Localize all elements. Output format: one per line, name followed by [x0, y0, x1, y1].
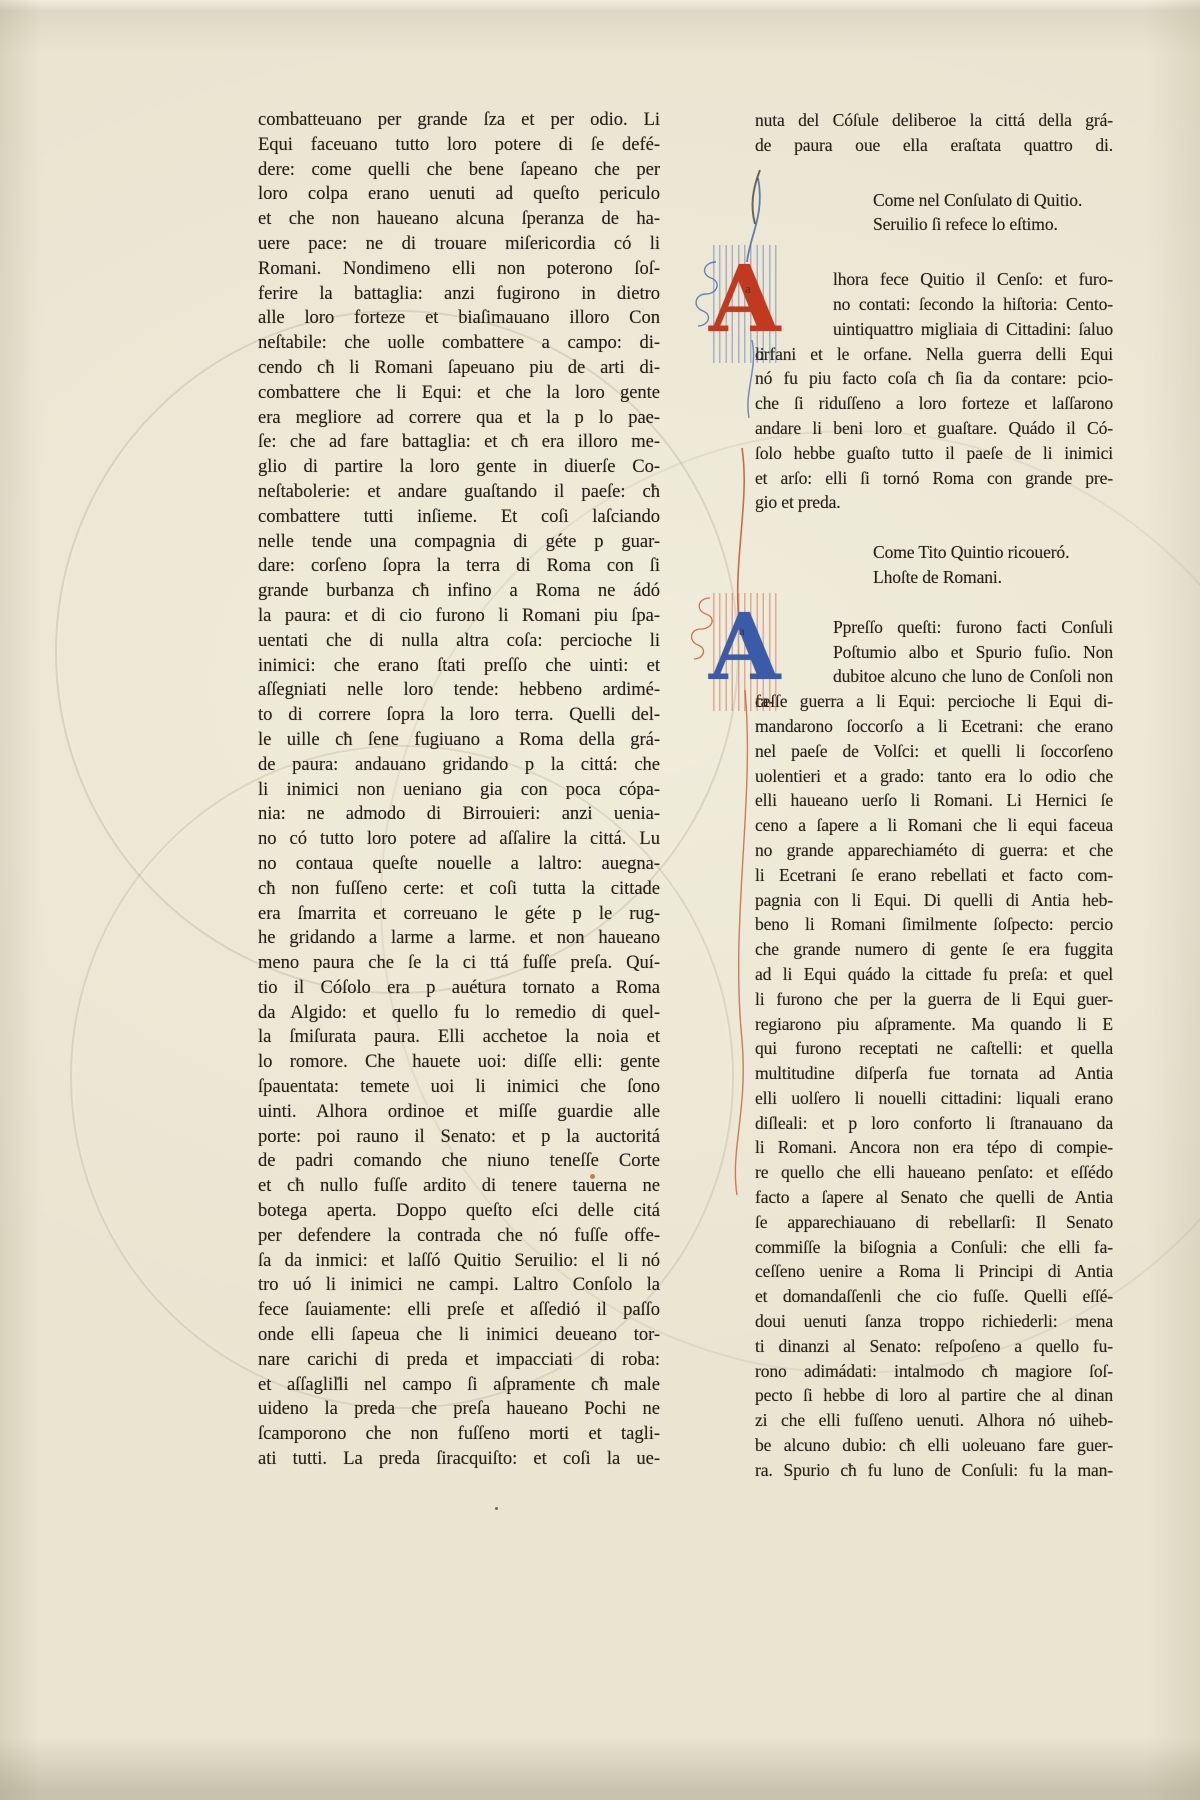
text-line: de paura: andauano gridando p la cittá: …	[258, 753, 660, 778]
text-line: ſa da inmici: et laſſó Quitio Seruilio: …	[258, 1249, 660, 1274]
text-line: pagnia con li Equi. Di quelli di Antia h…	[755, 888, 1113, 913]
text-line: no contaua queſte nouelle a laltro: aueg…	[258, 852, 660, 877]
text-line: et cħ nullo fuſſe ardito di tenere tauer…	[258, 1174, 660, 1199]
text-line: combatteuano per grande ſza et per odio.…	[258, 108, 660, 133]
text-line: meno paura che ſe la ci ttá fuſſe preſa.…	[258, 951, 660, 976]
text-line: gio et preda.	[755, 490, 1113, 515]
initial-spacer	[755, 267, 833, 317]
text-line: lo romore. Che hauete uoi: diſſe elli: g…	[258, 1050, 660, 1075]
text-line: re quello che elli haueano penſato: et e…	[755, 1160, 1113, 1185]
text-line: che grande numero di gente ſe era fuggit…	[755, 937, 1113, 962]
text-line: doui uenuti ſanza troppo richiederli: me…	[755, 1309, 1113, 1334]
heading-line: Seruilio ſi refece lo eſtimo.	[755, 212, 1113, 237]
text-line: uideno la preda che preſa haueano Pochi …	[258, 1397, 660, 1422]
blue-flourish-tail	[748, 340, 754, 418]
text-line: nia: ne admodo di Birrouieri: anzi uenia…	[258, 802, 660, 827]
text-line: et arſo: elli ſi tornó Roma con grande p…	[755, 466, 1113, 491]
text-line: dubitoe alcuno che luno de Conſoli non f…	[755, 664, 1113, 689]
text-line: glio di partire la loro gente in diuerſe…	[258, 455, 660, 480]
text-line: cendo cħ li Romani ſapeuano piu de arti …	[258, 356, 660, 381]
text-line: et che non haueano alcuna ſperanza de ha…	[258, 207, 660, 232]
initial-spacer	[755, 615, 833, 665]
text-line: ſolo hebbe guaſto tutto il paeſe de li i…	[755, 441, 1113, 466]
text-line: onde elli ſapeua che li inimici deueano …	[258, 1323, 660, 1348]
right-text-column: nuta del Cóſule deliberoe la cittá della…	[755, 108, 1113, 1483]
text-line: beno li Romani ſimilmente ſoſpecto: perc…	[755, 912, 1113, 937]
text-line: grande burbanza cħ infino a Roma ne ádó	[258, 579, 660, 604]
text-line: nel paeſe de Volſci: et quelli li ſoccor…	[755, 739, 1113, 764]
paragraph-census: A a lhora fece Quitio il Cenſo: et furo-…	[755, 267, 1113, 515]
text-line: era ſmarrita et correuano le géte p le r…	[258, 902, 660, 927]
text-line: tro uó li inimici ne campi. Laltro Conſo…	[258, 1273, 660, 1298]
text-line: pecto ſi hebbe di loro al partire che al…	[755, 1383, 1113, 1408]
text-line: uentati che di nulla altra coſa: percioc…	[258, 629, 660, 654]
red-flourish-curls	[692, 598, 713, 659]
text-line: ceno a ſapere a li Romani che li equi fa…	[755, 813, 1113, 838]
text-line: le uille cħ ſene fugiuano a Roma della g…	[258, 728, 660, 753]
heading-line: Come nel Conſulato di Quitio.	[755, 188, 1113, 213]
text-line: elli haueano uerſo li Romani. Li Hernici…	[755, 788, 1113, 813]
text-line: Romani. Nondimeno elli non poterono ſoſ-	[258, 257, 660, 282]
text-line: multitudine diſperſa fue tornata ad Anti…	[755, 1061, 1113, 1086]
text-line: andare li beni loro et guaſtare. Quádo i…	[755, 416, 1113, 441]
text-line: ſe: che ad fare battaglia: et cħ era ill…	[258, 430, 660, 455]
red-flourish-descender	[735, 690, 747, 1195]
text-line: ſpauentata: temete uoi li inimici che ſo…	[258, 1075, 660, 1100]
text-line: combattere che li Equi: et che la loro g…	[258, 381, 660, 406]
red-flourish-ascender	[738, 448, 744, 622]
text-line: li Ecetrani ſe erano rebellati et facto …	[755, 863, 1113, 888]
heading-line: Lhoſte de Romani.	[755, 565, 1113, 590]
text-line: neſtabolerie: et andare guaſtando il pae…	[258, 480, 660, 505]
text-line: cħ non fuſſeno certe: et coſi tutta la c…	[258, 877, 660, 902]
text-line: to di correre ſopra la loro terra. Quell…	[258, 703, 660, 728]
text-line: ceſſe guerra a li Equi: percioche li Equ…	[755, 689, 1113, 714]
text-line: dere: come quelli che bene ſapeano che p…	[258, 158, 660, 183]
text-line: orfani et le orfane. Nella guerra delli …	[755, 342, 1113, 367]
text-line: li inimici non ueniano gia con poca cópa…	[258, 778, 660, 803]
text-line: da Algido: et quello fu lo remedio di qu…	[258, 1001, 660, 1026]
text-line: alle loro forteze et biaſimauano illoro …	[258, 306, 660, 331]
text-line: no có tutto loro potere ad aſſalire la c…	[258, 827, 660, 852]
text-line: zi che elli fuſſeno uenuti. Alhora nó ui…	[755, 1408, 1113, 1433]
text-line: inimici: che erano ſtati preſſo che uint…	[258, 654, 660, 679]
text-line: botega aperta. Doppo queſto eſci delle c…	[258, 1199, 660, 1224]
text-line: loro colpa erano uenuti ad queſto pericu…	[258, 182, 660, 207]
text-line: li furono che per la guerra de li Equi g…	[755, 987, 1113, 1012]
text-line: ceſſeno uenire a Roma li Principi di Ant…	[755, 1259, 1113, 1284]
text-line: uinti. Alhora ordinoe et miſſe guardie a…	[258, 1100, 660, 1125]
text-line: nuta del Cóſule deliberoe la cittá della…	[755, 108, 1113, 133]
text-line: ſe apparechiauano di rebellarſi: Il Sena…	[755, 1210, 1113, 1235]
text-line: commiſſe la biſognia a Conſuli: che elli…	[755, 1235, 1113, 1260]
text-line: uintiquattro migliaia di Cittadini: ſalu…	[755, 317, 1113, 342]
guide-letter: a	[745, 281, 751, 297]
text-line: diſleali: et p loro conforto li ſtranaua…	[755, 1111, 1113, 1136]
left-text-column: combatteuano per grande ſza et per odio.…	[258, 108, 660, 1472]
text-line: facto a ſapere al Senato che quelli de A…	[755, 1185, 1113, 1210]
text-line: combattere tutti inſieme. Et coſi laſcia…	[258, 505, 660, 530]
text-line: li Romani. Ancora non era tépo di compie…	[755, 1135, 1113, 1160]
text-line: ati tutti. La preda ſiracquiſto: et coſi…	[258, 1447, 660, 1472]
chapter-heading-quintio: Come Tito Quintio ricoueró. Lhoſte de Ro…	[755, 540, 1113, 590]
heading-line: Come Tito Quintio ricoueró.	[755, 540, 1113, 565]
text-line: che ſi riduſſeno a loro forteze et laſſa…	[755, 391, 1113, 416]
text-line: qui furono receptati ne caſtelli: et que…	[755, 1036, 1113, 1061]
text-line: ferire la battaglia: anzi fugirono in di…	[258, 282, 660, 307]
text-line: porte: poi rauno il Senato: et p la auct…	[258, 1125, 660, 1150]
text-line: la paura: et di cio furono li Romani piu…	[258, 604, 660, 629]
chapter-heading-census: Come nel Conſulato di Quitio. Seruilio ſ…	[755, 188, 1113, 238]
paragraph-antia: A a Ppreſſo queſti: furono facti Conſuli…	[755, 615, 1113, 1483]
text-line: nó fu piu facto coſa cħ ſia da contare: …	[755, 366, 1113, 391]
text-line: uere pace: ne di trouare miſericordia có…	[258, 232, 660, 257]
text-line: regiarono piu aſpramente. Ma quando li E	[755, 1012, 1113, 1037]
text-line: tio il Cóſolo era p auétura tornato a Ro…	[258, 976, 660, 1001]
text-line: nelle tende una compagnia di géte p guar…	[258, 530, 660, 555]
text-line: ti dinanzi al Senato: reſpoſeno a quello…	[755, 1334, 1113, 1359]
ink-speck	[337, 1377, 340, 1380]
scanned-book-page: combatteuano per grande ſza et per odio.…	[0, 0, 1200, 1800]
text-line: rono adimádati: intalmodo cħ magiore ſoſ…	[755, 1359, 1113, 1384]
text-line: et domandaſſenli che cio fuſſe. Quelli e…	[755, 1284, 1113, 1309]
text-line: era megliore ad correre qua et la p lo p…	[258, 406, 660, 431]
text-line: neſtabile: che uolle combattere a campo:…	[258, 331, 660, 356]
red-ink-speck	[590, 1174, 595, 1179]
guide-letter: a	[739, 623, 745, 639]
text-line: la ſmiſurata paura. Elli acchetoe la noi…	[258, 1025, 660, 1050]
ink-speck	[495, 1507, 498, 1510]
text-line: mandarono ſoccorſo a li Ecetrani: che er…	[755, 714, 1113, 739]
text-line: et aſſaglilli nel campo ſi aſpramente cħ…	[258, 1373, 660, 1398]
text-line: elli uolſero li nouelli cittadini: liqua…	[755, 1086, 1113, 1111]
text-line: uolentieri et a grado: tanto era lo odio…	[755, 764, 1113, 789]
text-line: ſcamporono che non fuſſeno morti et tagl…	[258, 1422, 660, 1447]
text-line: nare carichi di preda et impacciati di r…	[258, 1348, 660, 1373]
blue-flourish-curls	[696, 262, 717, 326]
intro-paragraph: nuta del Cóſule deliberoe la cittá della…	[755, 108, 1113, 158]
text-line: no grande apparechiaméto di guerra: et c…	[755, 838, 1113, 863]
text-line: be alcuno dubio: cħ elli uoleuano fare g…	[755, 1433, 1113, 1458]
text-line: he gridando a larme a larme. et non haue…	[258, 926, 660, 951]
text-line: fece ſauiamente: elli preſe et aſſedió i…	[258, 1298, 660, 1323]
text-line: ad li Equi quádo la cittade fu preſa: et…	[755, 962, 1113, 987]
text-line: ra. Spurio cħ fu luno de Conſuli: fu la …	[755, 1458, 1113, 1483]
text-line: de paura oue ella eraſtata quattro di.	[755, 133, 1113, 158]
text-line: aſſegniati nelle loro tende: hebbeno ard…	[258, 678, 660, 703]
text-line: dare: corſeno ſopra la terra di Roma con…	[258, 554, 660, 579]
text-line: de padri comando che niuno teneſſe Corte	[258, 1149, 660, 1174]
text-line: per defendere la contrada che nó fuſſe o…	[258, 1224, 660, 1249]
text-line: Equi faceuano tutto loro potere di ſe de…	[258, 133, 660, 158]
